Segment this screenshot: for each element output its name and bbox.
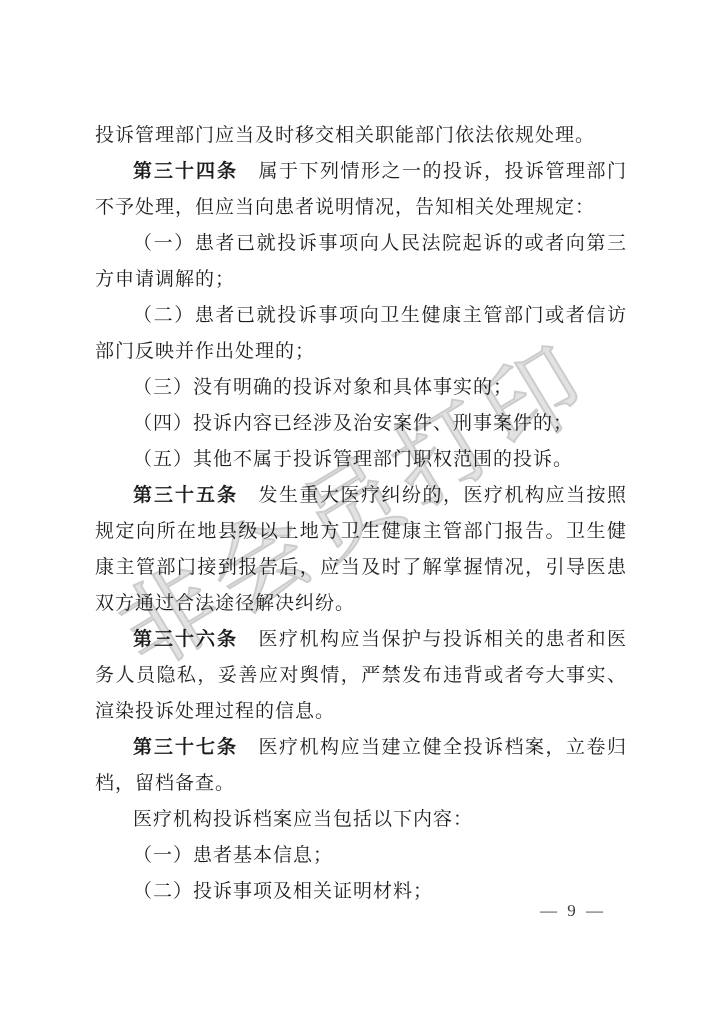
page-number: — 9 — <box>540 901 606 921</box>
document-page: 非会员打印 投诉管理部门应当及时移交相关职能部门依法依规处理。 第三十四条 属于… <box>0 0 720 1013</box>
paragraph-text: （一）患者基本信息； <box>133 845 333 866</box>
article-34-paragraph: 第三十四条 属于下列情形之一的投诉，投诉管理部门不予处理，但应当向患者说明情况，… <box>95 154 627 226</box>
article-36-paragraph: 第三十六条 医疗机构应当保护与投诉相关的患者和医务人员隐私，妥善应对舆情，严禁发… <box>95 622 627 730</box>
paragraph-text: 医疗机构投诉档案应当包括以下内容： <box>133 809 473 830</box>
article-34-item-3: （三）没有明确的投诉对象和具体事实的； <box>95 370 627 406</box>
paragraph-text: （二）患者已就投诉事项向卫生健康主管部门或者信访部门反映并作出处理的； <box>95 305 627 362</box>
article-34-item-5: （五）其他不属于投诉管理部门职权范围的投诉。 <box>95 442 627 478</box>
article-37-item-1: （一）患者基本信息； <box>95 838 627 874</box>
paragraph-text: （三）没有明确的投诉对象和具体事实的； <box>133 377 513 398</box>
article-37-intro: 医疗机构投诉档案应当包括以下内容： <box>95 802 627 838</box>
article-36-number: 第三十六条 <box>133 629 238 650</box>
article-34-item-2: （二）患者已就投诉事项向卫生健康主管部门或者信访部门反映并作出处理的； <box>95 298 627 370</box>
article-35-paragraph: 第三十五条 发生重大医疗纠纷的，医疗机构应当按照规定向所在地县级以上地方卫生健康… <box>95 478 627 622</box>
paragraph-text: （五）其他不属于投诉管理部门职权范围的投诉。 <box>133 449 573 470</box>
article-34-item-4: （四）投诉内容已经涉及治安案件、刑事案件的； <box>95 406 627 442</box>
article-35-number: 第三十五条 <box>133 485 238 506</box>
paragraph-text: （一）患者已就投诉事项向人民法院起诉的或者向第三方申请调解的； <box>95 233 627 290</box>
paragraph-continuation: 投诉管理部门应当及时移交相关职能部门依法依规处理。 <box>95 118 627 154</box>
article-37-paragraph: 第三十七条 医疗机构应当建立健全投诉档案，立卷归档，留档备查。 <box>95 730 627 802</box>
article-34-number: 第三十四条 <box>133 161 238 182</box>
paragraph-text: （二）投诉事项及相关证明材料； <box>133 881 433 902</box>
document-body: 投诉管理部门应当及时移交相关职能部门依法依规处理。 第三十四条 属于下列情形之一… <box>0 0 720 910</box>
paragraph-text: （四）投诉内容已经涉及治安案件、刑事案件的； <box>133 413 573 434</box>
article-34-item-1: （一）患者已就投诉事项向人民法院起诉的或者向第三方申请调解的； <box>95 226 627 298</box>
paragraph-text: 投诉管理部门应当及时移交相关职能部门依法依规处理。 <box>95 125 595 146</box>
article-37-number: 第三十七条 <box>133 737 238 758</box>
